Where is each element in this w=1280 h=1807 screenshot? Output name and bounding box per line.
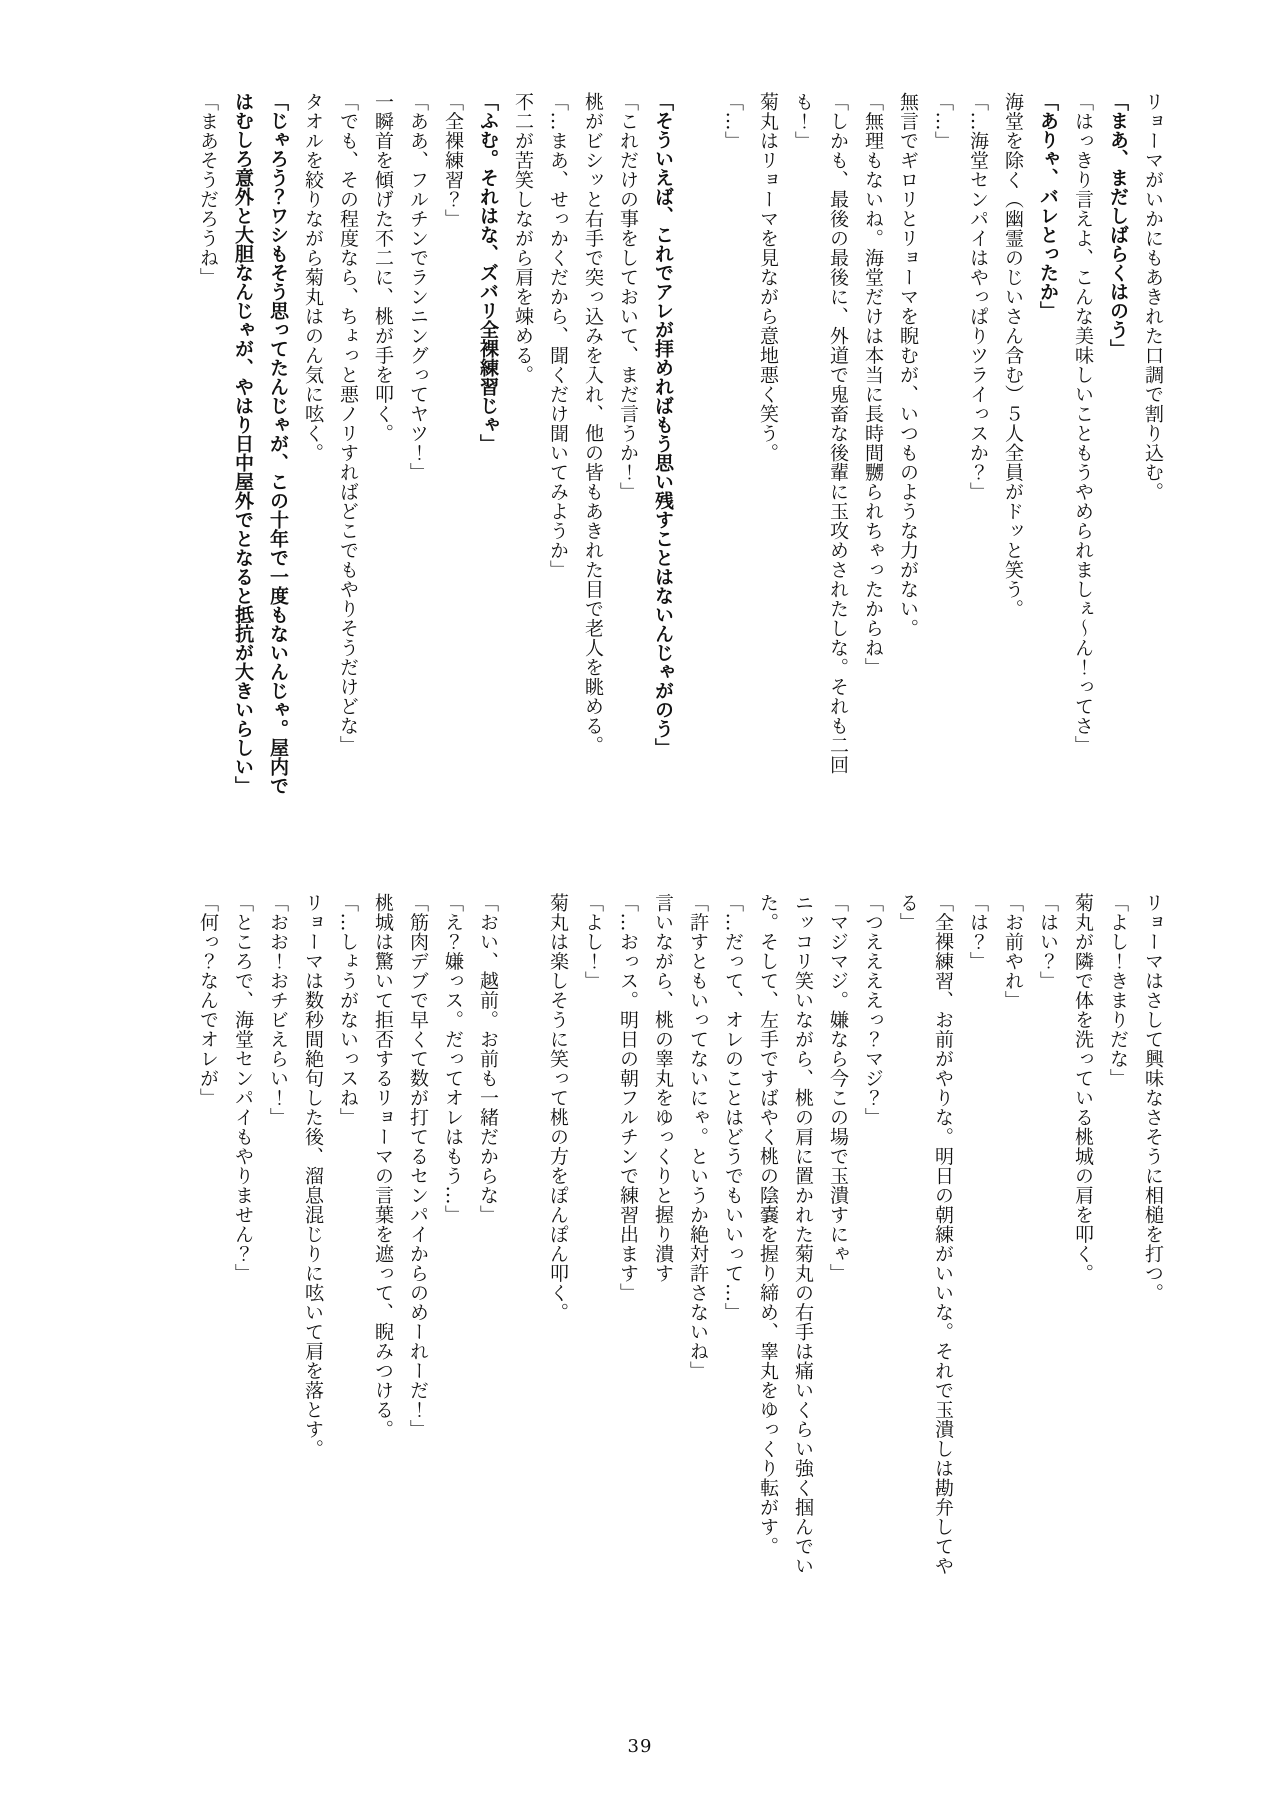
text-line: 「はい？」 [1030,893,1065,1635]
text-line: 「ふむ。それはな、ズバリ全裸練習じゃ」 [470,92,505,844]
text-line: 菊丸は楽しそうに笑って桃の方をぽんぽん叩く。 [540,893,575,1635]
blank-line [505,893,540,1635]
text-line: 「…」 [715,92,750,844]
text-line: 「よし！きまりだな」 [1100,893,1135,1635]
text-line: 「マジマジ。嫌なら今この場で玉潰すにゃ」 [820,893,855,1635]
text-line: 菊丸はリョーマを見ながら意地悪く笑う。 [750,92,785,844]
text-line: タオルを絞りながら菊丸はのん気に呟く。 [295,92,330,844]
text-line: 「…だって、オレのことはどうでもいいって…」 [715,893,750,1635]
text-line: 「え？嫌っス。だってオレはもう…」 [435,893,470,1635]
text-line: はむしろ意外と大胆なんじゃが、やはり日中屋外でとなると抵抗が大きいらしい」 [225,92,260,844]
text-line: 「…」 [925,92,960,844]
text-line: 「しかも、最後の最後に、外道で鬼畜な後輩に玉攻めされたしな。それも二回 [820,92,855,844]
text-line: も！」 [785,92,820,844]
page: { "page_number": "39", "colors": { "pape… [0,0,1280,1807]
text-line: 「は？」 [960,893,995,1635]
upper-text-block: リョーマがいかにもあきれた口調で割り込む。「まあ、まだしばらくはのう」「はっきり… [190,92,1170,844]
text-line: 一瞬首を傾げた不二に、桃が手を叩く。 [365,92,400,844]
text-line: リョーマは数秒間絶句した後、溜息混じりに呟いて肩を落とす。 [295,893,330,1635]
text-line: 「つええええっ？マジ？」 [855,893,890,1635]
text-line: リョーマがいかにもあきれた口調で割り込む。 [1135,92,1170,844]
text-line: 「…まあ、せっかくだから、聞くだけ聞いてみようか」 [540,92,575,844]
text-line: 桃がビシッと右手で突っ込みを入れ、他の皆もあきれた目で老人を眺める。 [575,92,610,844]
text-line: 「お前やれ」 [995,893,1030,1635]
text-line: 「よし！」 [575,893,610,1635]
text-line: 言いながら、桃の睾丸をゆっくりと握り潰す [645,893,680,1635]
text-line: る」 [890,893,925,1635]
text-line: 「許すともいってないにゃ。というか絶対許さないね」 [680,893,715,1635]
text-line: 「はっきり言えよ、こんな美味しいこともうやめられましぇ～ん！ってさ」 [1065,92,1100,844]
text-line: 「これだけの事をしておいて、まだ言うか！」 [610,92,645,844]
text-line: 桃城は驚いて拒否するリョーマの言葉を遮って、睨みつける。 [365,893,400,1635]
text-line: リョーマはさして興味なさそうに相槌を打つ。 [1135,893,1170,1635]
text-line: た。そして、左手ですばやく桃の陰嚢を握り締め、睾丸をゆっくり転がす。 [750,893,785,1635]
text-line: 「ありゃ、バレとったか」 [1030,92,1065,844]
text-line: 「おい、越前。お前も一緒だからな」 [470,893,505,1635]
text-line: 菊丸が隣で体を洗っている桃城の肩を叩く。 [1065,893,1100,1635]
text-line: 「何っ？なんでオレが」 [190,893,225,1635]
text-line: 「そういえば、これでアレが拝めればもう思い残すことはないんじゃがのう」 [645,92,680,844]
text-line: 「全裸練習？」 [435,92,470,844]
blank-line [680,92,715,844]
text-line: 「…おっス。明日の朝フルチンで練習出ます」 [610,893,645,1635]
text-line: 「まあそうだろうね」 [190,92,225,844]
text-line: 「でも、その程度なら、ちょっと悪ノリすればどこでもやりそうだけどな」 [330,92,365,844]
text-line: 「おお！おチビえらい！」 [260,893,295,1635]
text-line: 「まあ、まだしばらくはのう」 [1100,92,1135,844]
text-line: 「ところで、海堂センパイもやりません？」 [225,893,260,1635]
text-line: ニッコリ笑いながら、桃の肩に置かれた菊丸の右手は痛いくらい強く掴んでい [785,893,820,1635]
text-line: 「…しょうがないっスね」 [330,893,365,1635]
text-line: 「無理もないね。海堂だけは本当に長時間嬲られちゃったからね」 [855,92,890,844]
text-line: 「全裸練習、お前がやりな。明日の朝練がいいな。それで玉潰しは勘弁してや [925,893,960,1635]
text-line: 「ああ、フルチンでランニングってヤツ！」 [400,92,435,844]
page-number: 39 [0,1736,1280,1757]
text-line: 「じゃろう？ワシもそう思ってたんじゃが、この十年で一度もないんじゃ。屋内で [260,92,295,844]
text-line: 無言でギロリとリョーマを睨むが、いつものような力がない。 [890,92,925,844]
text-line: 海堂を除く（幽霊のじいさん含む）５人全員がドッと笑う。 [995,92,1030,844]
text-line: 「筋肉デブで早くて数が打てるセンパイからのめーれーだ！」 [400,893,435,1635]
lower-text-block: リョーマはさして興味なさそうに相槌を打つ。「よし！きまりだな」菊丸が隣で体を洗っ… [190,893,1170,1635]
text-line: 不二が苦笑しながら肩を竦める。 [505,92,540,844]
text-line: 「…海堂センパイはやっぱりツライっスか？」 [960,92,995,844]
